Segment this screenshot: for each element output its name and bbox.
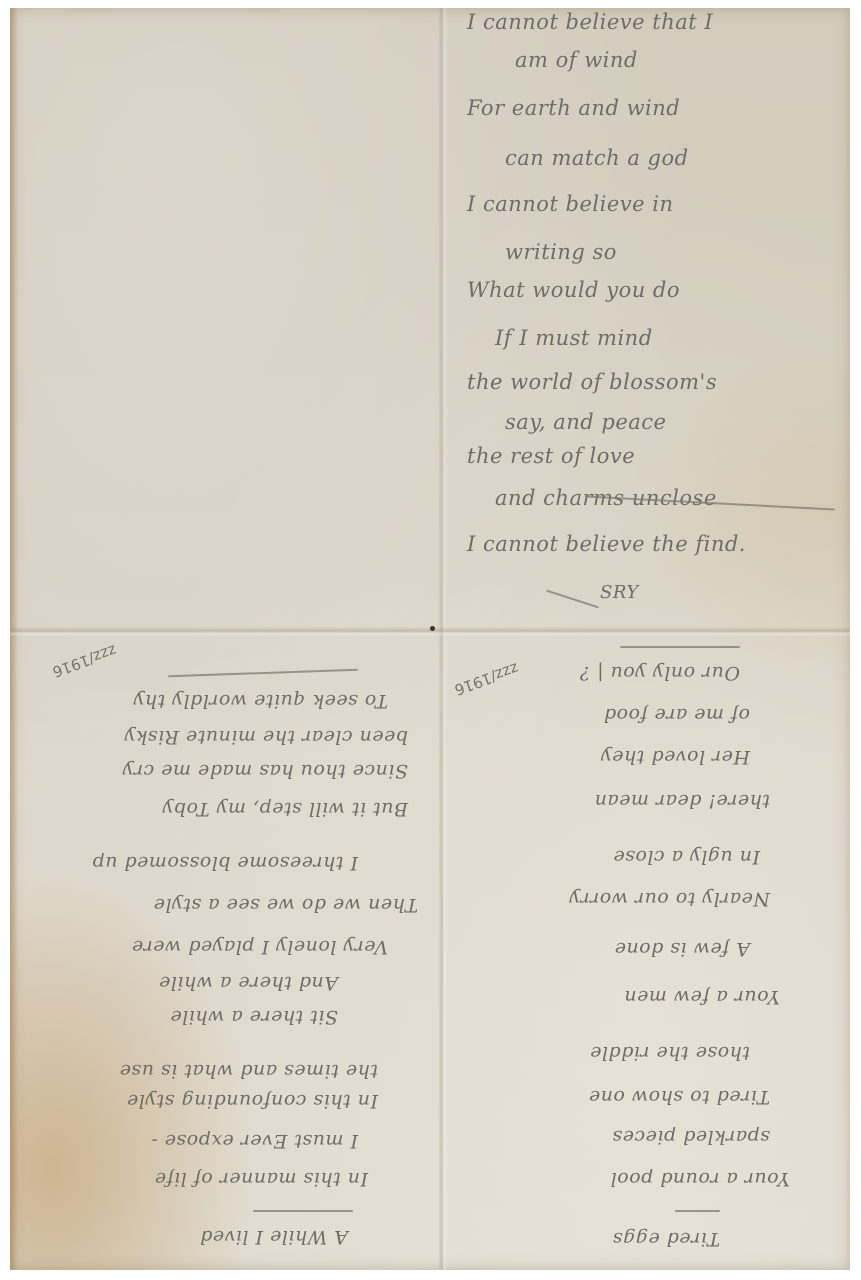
poem-line: I cannot believe that I <box>467 10 713 34</box>
text-line: I threesome blossomed up <box>92 852 358 874</box>
underline-stroke <box>675 1210 720 1212</box>
text-line: Your a few men <box>624 986 780 1008</box>
poem-line: the world of blossom's <box>467 370 717 394</box>
text-line: But it will step, my Toby <box>162 798 408 820</box>
poem-line: say, and peace <box>505 410 666 434</box>
text-line: Very lonely I played were <box>131 936 388 958</box>
signature: SRY <box>600 582 639 603</box>
text-line: Then we do we see a style <box>153 894 418 916</box>
poem-line: writing so <box>505 240 617 264</box>
text-line: In this confounding style <box>127 1090 378 1112</box>
underline-stroke <box>168 669 358 678</box>
footer-line: A While I lived <box>200 1226 348 1248</box>
bottom-left-inverted-text: A While I lived In this manner of life I… <box>18 630 438 1260</box>
text-line: Sit there a while <box>170 1006 338 1028</box>
poem-line: am of wind <box>515 48 638 72</box>
text-line: those the riddle <box>590 1042 750 1064</box>
text-line: Her loved they <box>601 746 750 768</box>
poem-line: the rest of love <box>467 444 635 468</box>
poem-line: What would you do <box>467 278 680 302</box>
stained-edge <box>10 8 18 1270</box>
margin-annotation: zzz/1916 <box>50 641 119 681</box>
footer-line: Tired eggs <box>612 1228 720 1250</box>
bottom-right-inverted-text: Tired eggs Your a round pool sparkled pi… <box>445 630 840 1260</box>
text-line: the times and what is use <box>119 1060 378 1082</box>
text-line: Our only you | ? <box>579 662 740 684</box>
poem-line: If I must mind <box>495 326 653 350</box>
poem-line: can match a god <box>505 146 689 170</box>
underline-stroke <box>620 646 740 648</box>
text-line: there! dear mean <box>594 790 770 812</box>
text-line: sparkled pieces <box>612 1126 770 1148</box>
text-line: Since thou has made me cry <box>122 760 408 782</box>
text-line: To seek quite worldly thy <box>133 690 388 712</box>
text-line: I must Ever expose - <box>151 1130 358 1152</box>
text-line: And there a while <box>159 972 338 994</box>
text-line: A few is done <box>614 938 750 960</box>
text-line: Your a round pool <box>610 1168 790 1190</box>
text-line: been clear the minute Risky <box>124 726 408 748</box>
underline-stroke <box>253 1210 353 1212</box>
text-line: Nearly to our worry <box>569 888 770 910</box>
text-line: In this manner of life <box>154 1168 368 1190</box>
poem-line: I cannot believe the find. <box>467 532 746 556</box>
text-line: Tired to show one <box>588 1086 770 1108</box>
poem-line: I cannot believe in <box>467 192 674 216</box>
margin-annotation: zzz/1916 <box>452 659 521 699</box>
poem-line: For earth and wind <box>467 96 680 120</box>
text-line: of me are food <box>603 704 750 726</box>
text-line: In ugly a close <box>613 846 760 868</box>
